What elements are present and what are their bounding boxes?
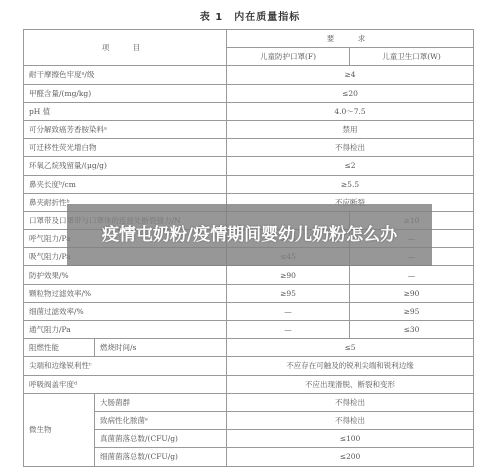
table-row: 鼻夹长度ᵇ/cm≥5.5 [24, 175, 474, 193]
micro-value: ≤100 [227, 430, 474, 448]
row-value: ≥5.5 [227, 175, 474, 193]
valve-label: 呼吸阀盖牢度ᵈ [24, 375, 227, 393]
row-value-f: ≥95 [227, 284, 350, 302]
flame-sub-label: 燃烧时间/s [95, 339, 227, 357]
row-item: 可分解致癌芳香胺染料ᵃ [24, 120, 227, 138]
row-value-f: — [227, 302, 350, 320]
row-value: ≥4 [227, 66, 474, 84]
table-row: 可迁移性荧光增白物不得检出 [24, 139, 474, 157]
row-item: 通气阻力/Pa [24, 321, 227, 339]
row-value: ≤2 [227, 157, 474, 175]
row-value-w: ≥95 [350, 302, 474, 320]
table-title: 表 1 内在质量指标 [0, 8, 500, 23]
micro-sub-label: 细菌菌落总数/(CFU/g) [95, 448, 227, 466]
row-value: 禁用 [227, 120, 474, 138]
table-row: 防护效果/%≥90— [24, 266, 474, 284]
micro-sub-label: 真菌菌落总数/(CFU/g) [95, 430, 227, 448]
row-value: 不得检出 [227, 139, 474, 157]
sharp-value: 不应存在可触及的锐利尖端和锐利边缘 [227, 357, 474, 375]
row-item: 细菌过滤效率/% [24, 302, 227, 320]
valve-value: 不应出现滑脱、断裂和变形 [227, 375, 474, 393]
table-row: 通气阻力/Pa—≤30 [24, 321, 474, 339]
micro-value: ≤200 [227, 448, 474, 466]
row-item: 可迁移性荧光增白物 [24, 139, 227, 157]
row-item: 颗粒物过滤效率/% [24, 284, 227, 302]
row-item: 防护效果/% [24, 266, 227, 284]
table-row: 环氧乙烷残留量/(μg/g)≤2 [24, 157, 474, 175]
table-row-micro: 微生物 大肠菌群 不得检出 [24, 393, 474, 411]
row-item: 耐干摩擦色牢度ᵃ/级 [24, 66, 227, 84]
table-row: 可分解致癌芳香胺染料ᵃ禁用 [24, 120, 474, 138]
row-item: 环氧乙烷残留量/(μg/g) [24, 157, 227, 175]
headline-overlay: 疫情屯奶粉/疫情期间婴幼儿奶粉怎么办 [67, 204, 432, 266]
row-item: pH 值 [24, 102, 227, 120]
sharp-label: 尖端和边缘锐利性ᶜ [24, 357, 227, 375]
table-row: 颗粒物过滤效率/%≥95≥90 [24, 284, 474, 302]
row-value-f: ≥90 [227, 266, 350, 284]
flame-value: ≤5 [227, 339, 474, 357]
table-row: 甲醛含量/(mg/kg)≤20 [24, 84, 474, 102]
micro-sub-label: 大肠菌群 [95, 393, 227, 411]
row-value-w: ≤30 [350, 321, 474, 339]
table-row-valve: 呼吸阀盖牢度ᵈ 不应出现滑脱、断裂和变形 [24, 375, 474, 393]
header-col-f: 儿童防护口罩(F) [227, 48, 350, 66]
table-row: pH 值4.0～7.5 [24, 102, 474, 120]
micro-value: 不得检出 [227, 393, 474, 411]
micro-sub-label: 致病性化脓菌ᵉ [95, 411, 227, 429]
row-value: 4.0～7.5 [227, 102, 474, 120]
micro-value: 不得检出 [227, 411, 474, 429]
flame-group-label: 阻燃性能 [24, 339, 95, 357]
table-row: 耐干摩擦色牢度ᵃ/级≥4 [24, 66, 474, 84]
table-header-row: 项 目 要 求 [24, 30, 474, 48]
headline-text: 疫情屯奶粉/疫情期间婴幼儿奶粉怎么办 [94, 225, 405, 246]
micro-group-label: 微生物 [24, 393, 95, 466]
row-value-w: — [350, 266, 474, 284]
table-row-sharp: 尖端和边缘锐利性ᶜ 不应存在可触及的锐利尖端和锐利边缘 [24, 357, 474, 375]
row-item: 鼻夹长度ᵇ/cm [24, 175, 227, 193]
table-row-flame: 阻燃性能 燃烧时间/s ≤5 [24, 339, 474, 357]
row-value-f: — [227, 321, 350, 339]
table-row: 细菌过滤效率/%—≥95 [24, 302, 474, 320]
header-item: 项 目 [24, 30, 227, 66]
header-requirement: 要 求 [227, 30, 474, 48]
row-value: ≤20 [227, 84, 474, 102]
row-item: 甲醛含量/(mg/kg) [24, 84, 227, 102]
header-col-w: 儿童卫生口罩(W) [350, 48, 474, 66]
row-value-w: ≥90 [350, 284, 474, 302]
